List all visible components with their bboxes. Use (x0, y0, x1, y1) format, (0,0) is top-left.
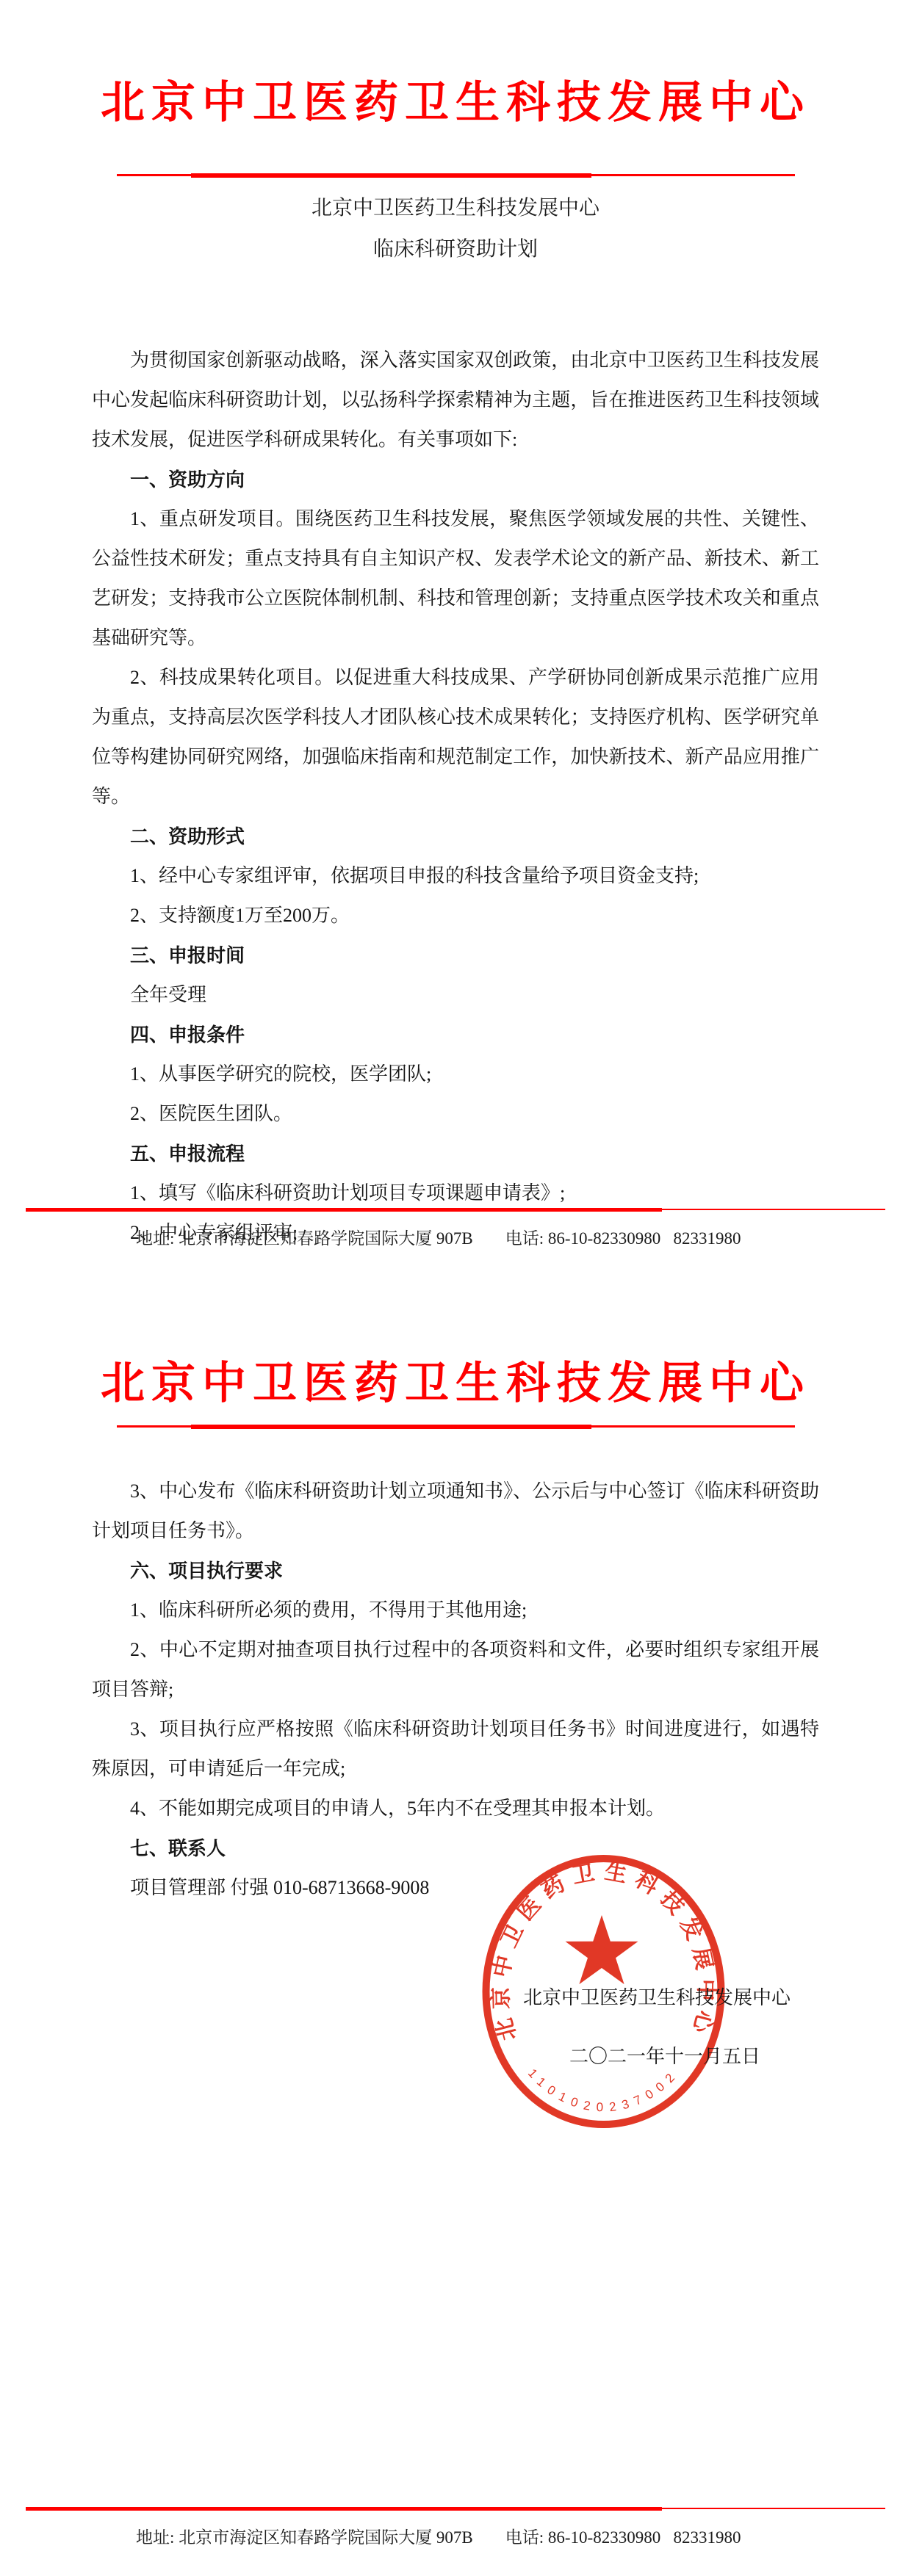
footer-address: 北京市海淀区知春路学院国际大厦 907B (179, 1229, 473, 1248)
section-heading-4: 四、申报条件 (92, 1015, 819, 1054)
paragraph: 2、医院医生团队。 (92, 1094, 819, 1134)
page1-footer: 地址: 北京市海淀区知春路学院国际大厦 907B电话: 86-10-823309… (26, 1208, 885, 1249)
star-icon (566, 1915, 638, 1984)
footer-phone: 86-10-82330980 82331980 (548, 2528, 741, 2547)
address-label: 地址: (136, 2528, 179, 2547)
letterhead-title: 北京中卫医药卫生科技发展中心 (0, 1314, 911, 1416)
paragraph: 2、科技成果转化项目。以促进重大科技成果、产学研协同创新成果示范推广应用为重点，… (92, 658, 819, 817)
rule-thick-line (191, 173, 591, 178)
document-heading: 北京中卫医药卫生科技发展中心 临床科研资助计划 (0, 188, 911, 270)
phone-label: 电话: (505, 2528, 548, 2547)
footer-rule (26, 1208, 885, 1212)
page2-content: 3、中心发布《临床科研资助计划立项通知书》、公示后与中心签订《临床科研资助计划项… (92, 1472, 819, 1908)
rule-thin-line (26, 2508, 885, 2509)
letterhead-rule (117, 173, 795, 178)
section-heading-6: 六、项目执行要求 (92, 1551, 819, 1591)
page-1: 北京中卫医药卫生科技发展中心 北京中卫医药卫生科技发展中心 临床科研资助计划 为… (0, 0, 911, 1314)
page2-footer: 地址: 北京市海淀区知春路学院国际大厦 907B电话: 86-10-823309… (26, 2507, 885, 2548)
paragraph: 1、经中心专家组评审，依据项目申报的科技含量给予项目资金支持; (92, 856, 819, 896)
signature-block: 北京中卫医药卫生科技发展中心 二〇二一年十一月五日 (0, 1978, 911, 2077)
page1-content: 为贯彻国家创新驱动战略，深入落实国家双创政策，由北京中卫医药卫生科技发展中心发起… (92, 341, 819, 1253)
footer-phone: 86-10-82330980 82331980 (548, 1229, 741, 1248)
page-2: 北京中卫医药卫生科技发展中心 3、中心发布《临床科研资助计划立项通知书》、公示后… (0, 1314, 911, 2576)
phone-label: 电话: (505, 1229, 548, 1248)
section-heading-2: 二、资助形式 (92, 817, 819, 856)
rule-thin-line (26, 1209, 885, 1210)
paragraph: 1、重点研发项目。围绕医药卫生科技发展，聚焦医学领域发展的共性、关键性、公益性技… (92, 499, 819, 658)
signature-org: 北京中卫医药卫生科技发展中心 (0, 1978, 911, 2018)
document-org-line: 北京中卫医药卫生科技发展中心 (0, 188, 911, 229)
paragraph: 1、填写《临床科研资助计划项目专项课题申请表》; (92, 1173, 819, 1213)
section-heading-3: 三、申报时间 (92, 936, 819, 975)
intro-paragraph: 为贯彻国家创新驱动战略，深入落实国家双创政策，由北京中卫医药卫生科技发展中心发起… (92, 341, 819, 460)
document-title: 临床科研资助计划 (0, 229, 911, 270)
address-label: 地址: (136, 1229, 179, 1248)
letterhead-rule (117, 1425, 795, 1429)
document: 北京中卫医药卫生科技发展中心 北京中卫医药卫生科技发展中心 临床科研资助计划 为… (0, 0, 911, 2576)
paragraph: 1、临床科研所必须的费用，不得用于其他用途; (92, 1591, 819, 1630)
footer-rule (26, 2507, 885, 2511)
footer-contact-line: 地址: 北京市海淀区知春路学院国际大厦 907B电话: 86-10-823309… (26, 2524, 885, 2548)
footer-address: 北京市海淀区知春路学院国际大厦 907B (179, 2528, 473, 2547)
rule-thick-line (191, 1425, 591, 1429)
paragraph: 1、从事医学研究的院校，医学团队; (92, 1054, 819, 1094)
paragraph: 4、不能如期完成项目的申请人，5年内不在受理其申报本计划。 (92, 1789, 819, 1828)
paragraph: 全年受理 (92, 975, 819, 1015)
footer-contact-line: 地址: 北京市海淀区知春路学院国际大厦 907B电话: 86-10-823309… (26, 1225, 885, 1249)
signature-date: 二〇二一年十一月五日 (0, 2037, 911, 2077)
paragraph: 2、中心不定期对抽查项目执行过程中的各项资料和文件，必要时组织专家组开展项目答辩… (92, 1630, 819, 1710)
paragraph: 3、中心发布《临床科研资助计划立项通知书》、公示后与中心签订《临床科研资助计划项… (92, 1472, 819, 1551)
section-heading-1: 一、资助方向 (92, 460, 819, 499)
paragraph: 3、项目执行应严格按照《临床科研资助计划项目任务书》时间进度进行，如遇特殊原因，… (92, 1710, 819, 1789)
section-heading-5: 五、申报流程 (92, 1134, 819, 1173)
paragraph: 2、支持额度1万至200万。 (92, 896, 819, 936)
letterhead-title: 北京中卫医药卫生科技发展中心 (0, 0, 911, 135)
